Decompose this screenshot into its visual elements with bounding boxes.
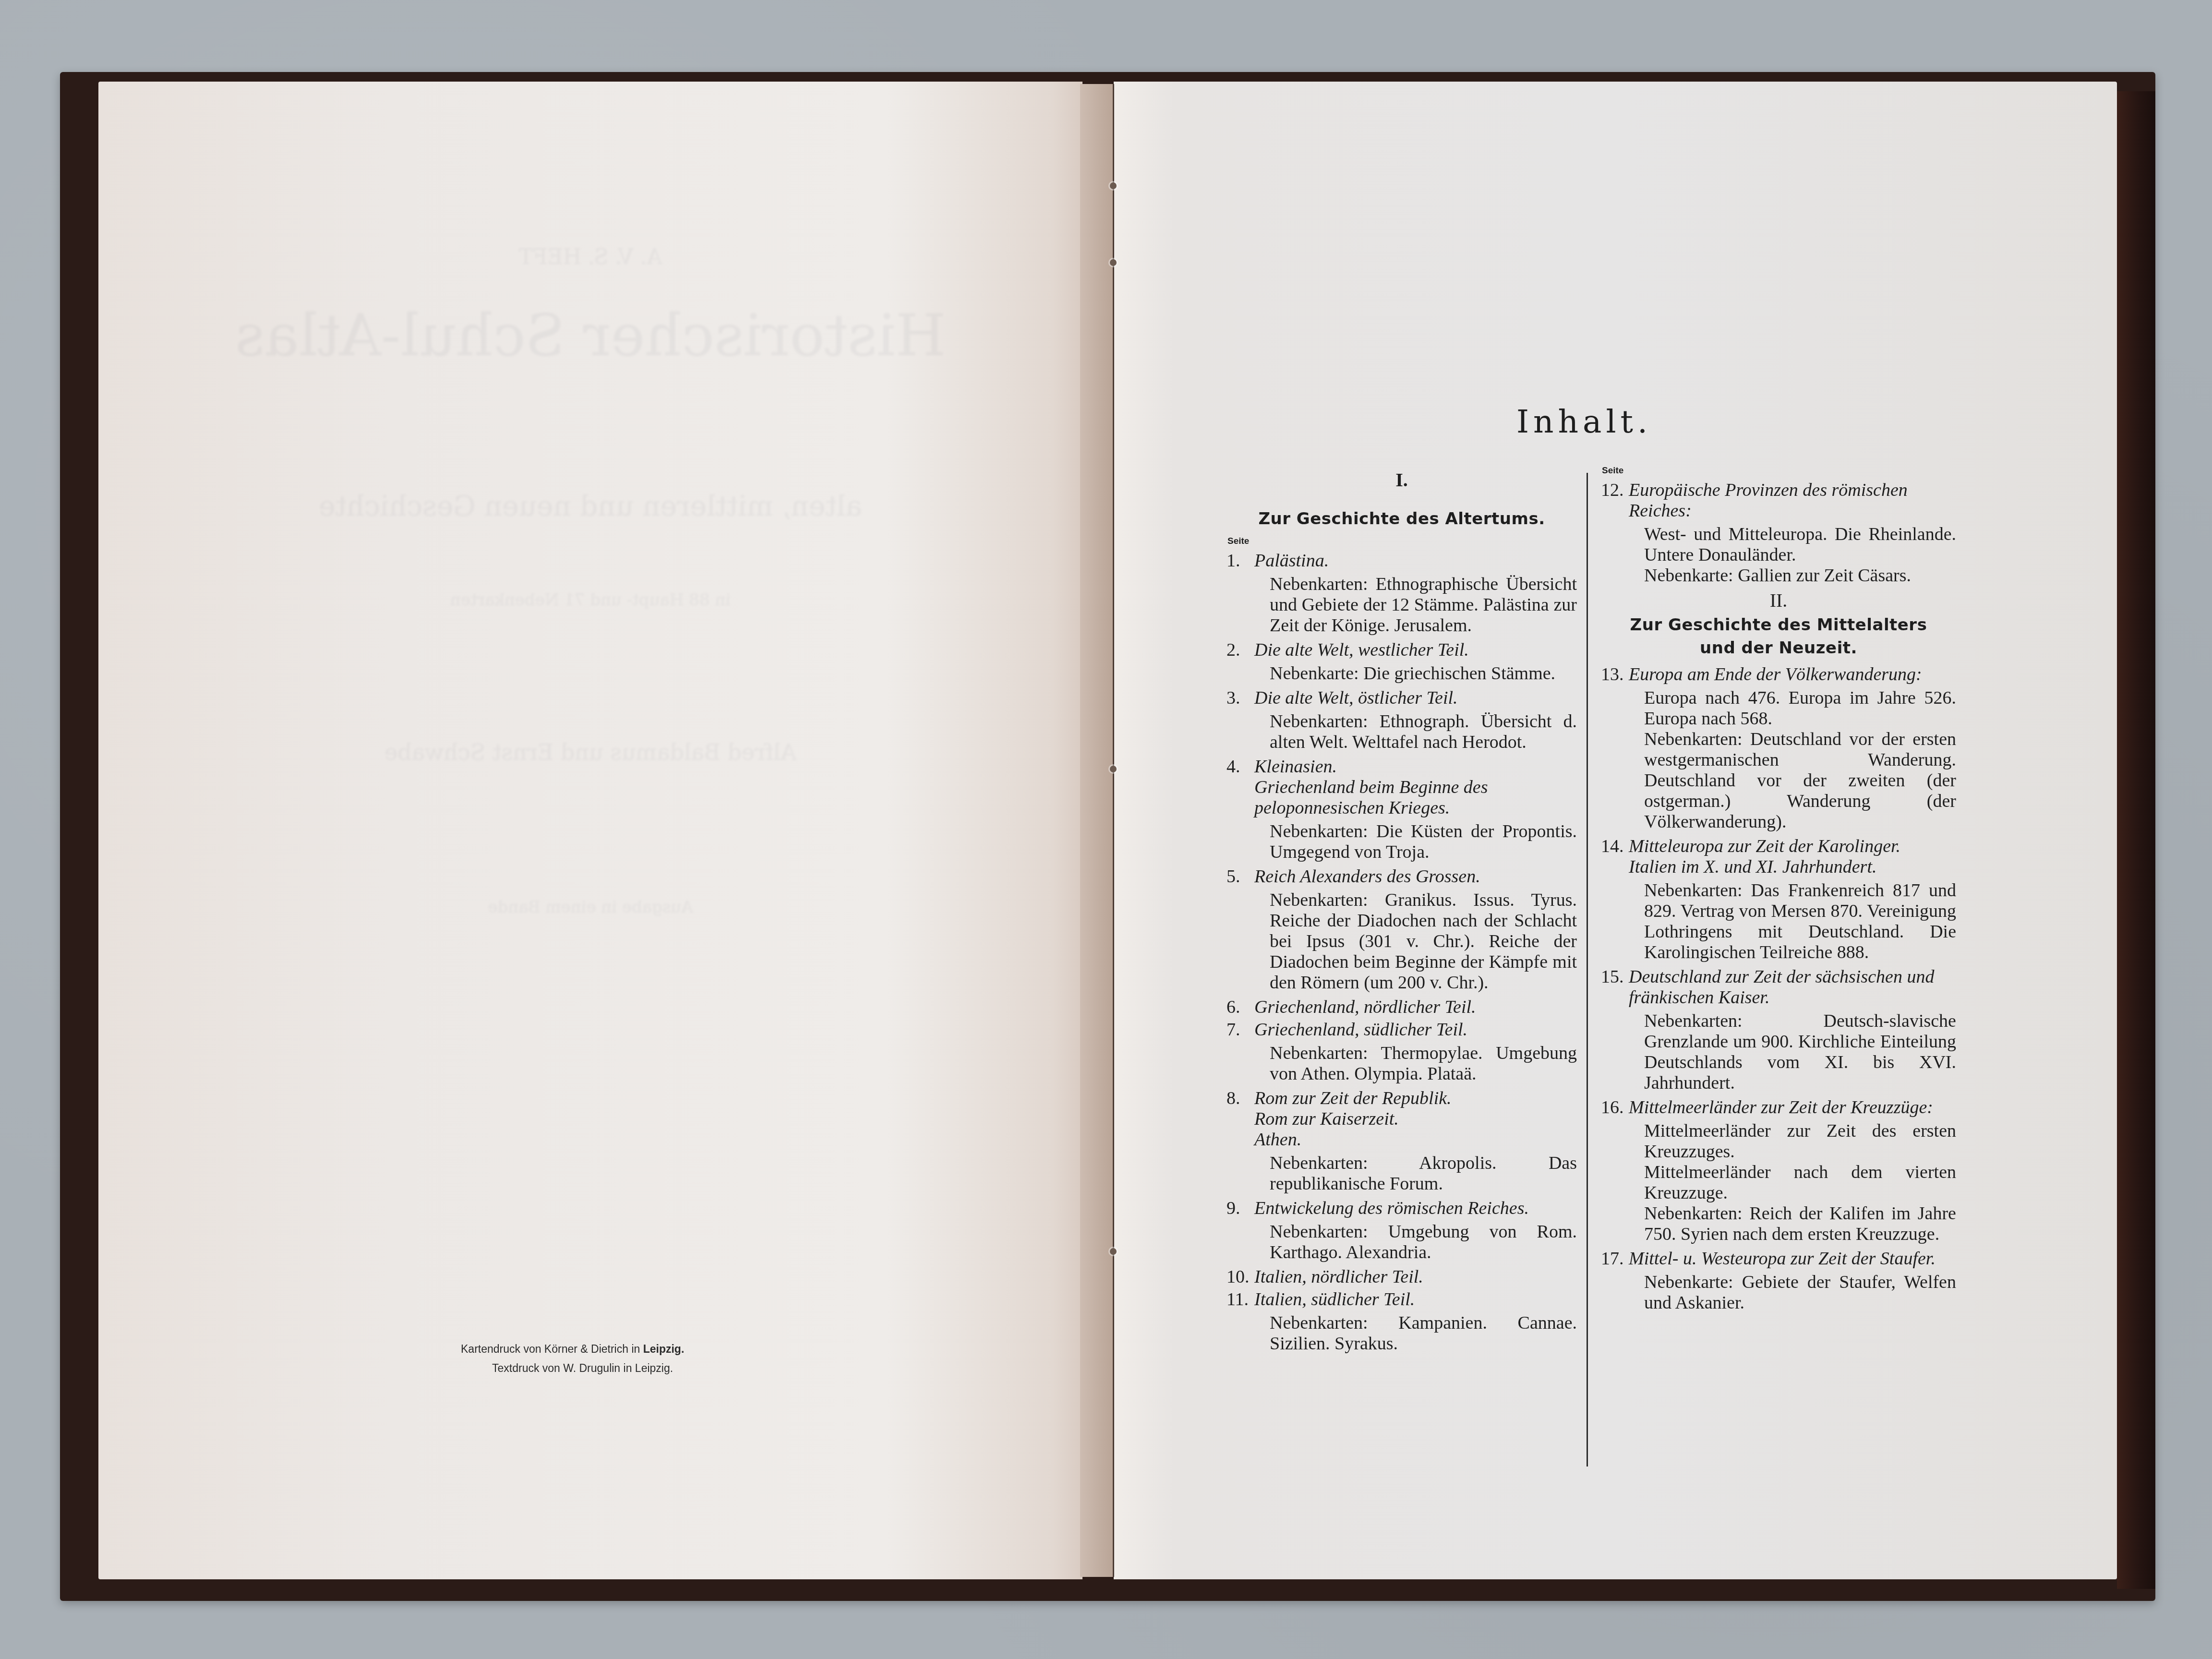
toc-entry: 9.Entwickelung des römischen Reiches.Neb… [1226,1198,1577,1263]
inset-maps-description: Nebenkarten: Ethnograph. Übersicht d. al… [1270,711,1577,753]
map-title: Europäische Provinzen des römischen Reic… [1629,480,1956,521]
map-title: Mittelmeerländer zur Zeit der Kreuzzüge: [1629,1097,1956,1118]
toc-entry: 2.Die alte Welt, westlicher Teil.Nebenka… [1226,640,1577,684]
gutter [1113,84,1114,1577]
toc-entry: 13.Europa am Ende der Völkerwanderung:Eu… [1601,664,1956,832]
inset-maps-description: Nebenkarten: Die Küsten der Propontis. U… [1270,821,1577,863]
part-number: I. [1226,469,1577,490]
inset-maps-description: Nebenkarten: Kampanien. Cannae. Sizilien… [1270,1313,1577,1354]
inset-maps-description: West- und Mitteleuropa. Die Rheinlande. … [1644,524,1956,565]
entry-number: 3. [1226,688,1254,709]
toc-entry: 17.Mittel- u. Westeuropa zur Zeit der St… [1601,1249,1956,1313]
binding-stitch [1110,259,1117,266]
entry-number: 12. [1601,480,1629,521]
toc-list: 1.Palästina.Nebenkarten: Ethnographische… [1226,551,1577,1354]
book-cover-edge [2117,91,2155,1589]
entry-number: 15. [1601,967,1629,1008]
inset-maps-description: Nebenkarten: Deutschland vor der ersten … [1644,729,1956,832]
entry-number: 17. [1601,1249,1629,1269]
map-title: Griechenland, nördlicher Teil. [1254,997,1577,1018]
ghost-text: Historischer Schul-Atlas [98,302,1082,369]
entry-number: 14. [1601,836,1629,878]
inset-maps-description: Nebenkarte: Die griechischen Stämme. [1270,663,1577,684]
entry-number: 2. [1226,640,1254,661]
inset-maps-description: Nebenkarten: Thermopylae. Umgebung von A… [1270,1043,1577,1084]
ghost-text: Alfred Baldamus und Ernst Schwabe [98,739,1082,765]
inset-maps-description: Nebenkarten: Das Frankenreich 817 und 82… [1644,880,1956,963]
binding-stitch [1110,1248,1117,1255]
map-title: Deutschland zur Zeit der sächsischen und… [1629,967,1956,1008]
map-title: Die alte Welt, östlicher Teil. [1254,688,1577,709]
section-heading: Zur Geschichte des Altertums. [1226,507,1577,530]
entry-number: 6. [1226,997,1254,1018]
ghost-text: alten, mittleren und neuen Geschichte [98,490,1082,522]
map-title: Rom zur Kaiserzeit. [1254,1109,1577,1130]
toc-entry: 7.Griechenland, südlicher Teil.Nebenkart… [1226,1020,1577,1084]
inset-maps-description: Nebenkarte: Gebiete der Staufer, Welfen … [1644,1272,1956,1313]
inset-maps-description: Nebenkarten: Deutsch-slavische Grenzland… [1644,1011,1956,1094]
entry-number: 7. [1226,1020,1254,1040]
map-title: Athen. [1254,1130,1577,1150]
map-title: Mitteleuropa zur Zeit der Karolinger. [1629,836,1956,857]
map-title: Palästina. [1254,551,1577,571]
map-title: Entwickelung des römischen Reiches. [1254,1198,1577,1219]
inset-maps-description: Nebenkarten: Reich der Kalifen im Jahre … [1644,1203,1956,1245]
toc-entry: 4.Kleinasien.Griechenland beim Beginne d… [1226,757,1577,863]
section-heading: Zur Geschichte des Mittelalters und der … [1601,613,1956,660]
toc-entry: 16.Mittelmeerländer zur Zeit der Kreuzzü… [1601,1097,1956,1245]
ghost-text: A. V. S. HEFT [98,245,1082,269]
page-title: Inhalt. [1464,403,1704,440]
part-number: II. [1601,590,1956,611]
entry-number: 8. [1226,1088,1254,1150]
map-title: Italien, nördlicher Teil. [1254,1267,1577,1287]
binding-stitch [1110,766,1117,772]
toc-list: 12.Europäische Provinzen des römischen R… [1601,480,1956,586]
entry-number: 4. [1226,757,1254,818]
toc-entry: 11.Italien, südlicher Teil.Nebenkarten: … [1226,1289,1577,1354]
map-title: Italien im X. und XI. Jahrhundert. [1629,857,1956,878]
imprint-line-text-printer: Textdruck von W. Drugulin in Leipzig. [458,1358,804,1378]
inset-maps-description: Europa nach 476. Europa im Jahre 526. Eu… [1644,688,1956,729]
inset-maps-description: Nebenkarte: Gallien zur Zeit Cäsars. [1644,565,1956,586]
map-title: Die alte Welt, westlicher Teil. [1254,640,1577,661]
toc-entry: 8.Rom zur Zeit der Republik.Rom zur Kais… [1226,1088,1577,1194]
inset-maps-description: Mittelmeerländer nach dem vierten Kreuzz… [1644,1162,1956,1203]
toc-entry: 15.Deutschland zur Zeit der sächsischen … [1601,967,1956,1094]
toc-entry: 3.Die alte Welt, östlicher Teil.Nebenkar… [1226,688,1577,753]
map-title: Reich Alexanders des Grossen. [1254,866,1577,887]
toc-entry: 6.Griechenland, nördlicher Teil. [1226,997,1577,1018]
inset-maps-description: Nebenkarten: Akropolis. Das republikanis… [1270,1153,1577,1194]
map-title: Rom zur Zeit der Republik. [1254,1088,1577,1109]
page-column-label: Seite [1602,465,1956,477]
inset-maps-description: Nebenkarten: Ethnographische Übersicht u… [1270,574,1577,636]
toc-entry: 10.Italien, nördlicher Teil. [1226,1267,1577,1287]
entry-number: 9. [1226,1198,1254,1219]
entry-number: 16. [1601,1097,1629,1118]
toc-entry: 5.Reich Alexanders des Grossen.Nebenkart… [1226,866,1577,993]
inset-maps-description: Nebenkarten: Granikus. Issus. Tyrus. Rei… [1270,890,1577,993]
inset-maps-description: Nebenkarten: Umgebung von Rom. Karthago.… [1270,1222,1577,1263]
column-divider [1587,473,1588,1467]
toc-entry: 12.Europäische Provinzen des römischen R… [1601,480,1956,586]
entry-number: 5. [1226,866,1254,887]
map-title: Kleinasien. [1254,757,1577,777]
toc-entry: 14.Mitteleuropa zur Zeit der Karolinger.… [1601,836,1956,963]
page-stack-edge [1080,84,1114,1577]
map-title: Italien, südlicher Teil. [1254,1289,1577,1310]
imprint-line-map-printer: Kartendruck von Körner & Dietrich in Lei… [458,1339,804,1358]
inset-maps-description: Mittelmeerländer zur Zeit des ersten Kre… [1644,1121,1956,1162]
map-title: Griechenland, südlicher Teil. [1254,1020,1577,1040]
binding-stitch [1110,182,1117,189]
ghost-text: Ausgabe in einem Bande [98,898,1082,917]
ghost-text: in 88 Haupt- und 71 Nebenkarten [98,590,1082,610]
entry-number: 13. [1601,664,1629,685]
toc-column-left: I. Zur Geschichte des Altertums. Seite 1… [1226,461,1577,1358]
entry-number: 11. [1226,1289,1254,1310]
toc-entry: 1.Palästina.Nebenkarten: Ethnographische… [1226,551,1577,636]
map-title: Griechenland beim Beginne des peloponnes… [1254,777,1577,818]
entry-number: 10. [1226,1267,1254,1287]
toc-list: 13.Europa am Ende der Völkerwanderung:Eu… [1601,664,1956,1313]
printer-imprint: Kartendruck von Körner & Dietrich in Lei… [458,1339,804,1378]
entry-number: 1. [1226,551,1254,571]
map-title: Europa am Ende der Völkerwanderung: [1629,664,1956,685]
toc-column-right: Seite 12.Europäische Provinzen des römis… [1601,465,1956,1317]
map-title: Mittel- u. Westeuropa zur Zeit der Stauf… [1629,1249,1956,1269]
page-column-label: Seite [1227,535,1577,548]
